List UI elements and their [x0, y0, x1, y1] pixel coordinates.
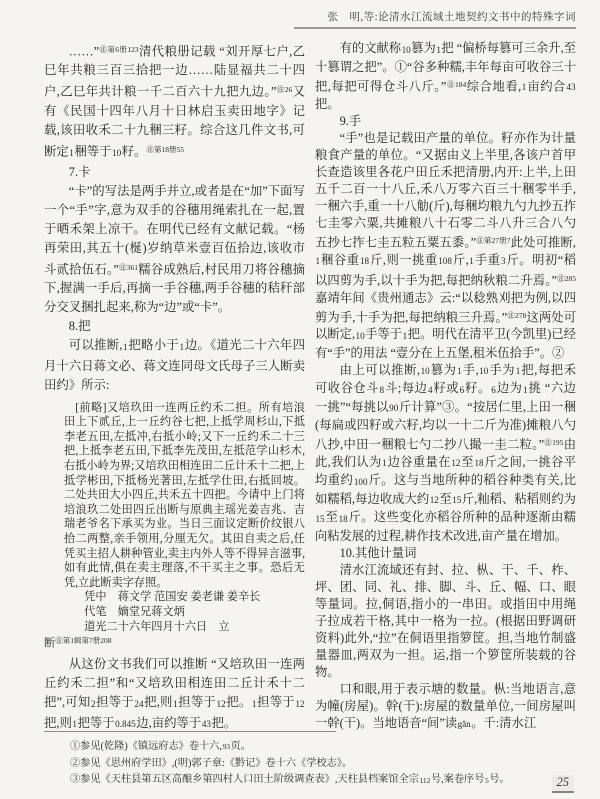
paragraph-ba-conclusion: 从这份文书我们可以推断 “又培玖田一连两丘约禾二担”和“又培玖田相连田二丘计禾十… [44, 655, 305, 734]
contract-citation-line: 断㊟第1辑第7册208 [44, 634, 305, 651]
two-column-body: ……”㊟第6册123清代粮册记载 “刘开厚七户,乙巳年共粮三百三拾把一边……陆显… [44, 40, 576, 734]
paragraph-ba-sources: 有的文献称10篡为1把 “偏桥每篡可三余升,至十篡谓之把”。①“谷多种糯,丰年每… [315, 40, 576, 113]
column-right: 有的文献称10篡为1把 “偏桥每篡可三余升,至十篡谓之把”。①“谷多种糯,丰年每… [315, 40, 576, 734]
date-line: 道光二十六年四月十六日 立 [64, 620, 305, 635]
paragraph-ba-intro: 可以推断,1把略小于1边。《道光二十六年四月十六日蒋文必、蒋文连同母文氏母子三人… [44, 336, 305, 395]
paragraph-ka-explanation: “卡”的写法是两手并立,或者是在“加”下面写一个“手”字,意为双手的谷穗用绳索扎… [44, 182, 305, 317]
scribe-line: 代笔 嫡堂兄蒋文炳 [64, 605, 305, 620]
section-heading-10-other-measures: 10.其他计量词 [315, 545, 576, 562]
paragraph-shou-conclusion: 由上可以推断,10篡为1手,10手为1把,每把禾可收谷仓斗8斗;每边4籽或6籽。… [315, 362, 576, 545]
section-heading-9-shou: 9.手 [315, 113, 576, 130]
footnote-block: ①参见(乾隆)《镇远府志》卷十六,93页。 ②参见《思州府学田》,(明)郭子章:… [44, 731, 576, 789]
section-heading-7-ka: 7.卡 [44, 163, 305, 182]
footnote-rule [44, 731, 336, 732]
witness-line: 凭中 蒋文学 范国安 姜老谦 姜辛长 [64, 590, 305, 605]
header-rule [294, 27, 576, 29]
footnote-3: ③参见《天柱县第五区高酿乡第四村人口田土阶级调查表》,天柱县档案馆全宗112号,… [44, 772, 576, 789]
section-heading-8-ba: 8.把 [44, 317, 305, 336]
footnote-2: ②参见《思州府学田》,(明)郭子章:《黔记》卷十六《学校志》。 [44, 756, 576, 773]
paragraph-shou-explanation: “手”也是记载田产量的单位。籽亦作为计量粮食产量的单位。“又据由义上半里,各该户… [315, 130, 576, 361]
running-header: 张 明,等:论清水江流域土地契约文书中的特殊字词 [327, 9, 576, 24]
page-number: 25 [552, 775, 575, 793]
journal-page: 张 明,等:论清水江流域土地契约文书中的特殊字词 ……”㊟第6册123清代粮册记… [0, 0, 600, 799]
footnote-1: ①参见(乾隆)《镇远府志》卷十六,93页。 [44, 739, 576, 756]
contract-quote-block: [前略]又培玖田一连两丘约禾二担。所有培浪田上下贰丘,上一丘约谷七把,上抵学周杉… [44, 401, 305, 651]
paragraph-kou-yan-measures: 口和眼,用于表示塘的数量。枞:当地语言,意为幢(房屋)。幹(干):房屋的数量单位… [315, 681, 576, 734]
paragraph-other-measure-words: 清水江流域还有封、拉、枞、干、千、柞、坪、团、同、礼、排、脚、斗、丘、幅、口、眼… [315, 562, 576, 681]
contract-quote-text: [前略]又培玖田一连两丘约禾二担。所有培浪田上下贰丘,上一丘约谷七把,上抵学周杉… [64, 401, 305, 591]
column-left: ……”㊟第6册123清代粮册记载 “刘开厚七户,乙巳年共粮三百三拾把一边……陆显… [44, 40, 305, 734]
paragraph-liangce-record: ……”㊟第6册123清代粮册记载 “刘开厚七户,乙巳年共粮三百三拾把一边……陆显… [44, 40, 305, 163]
